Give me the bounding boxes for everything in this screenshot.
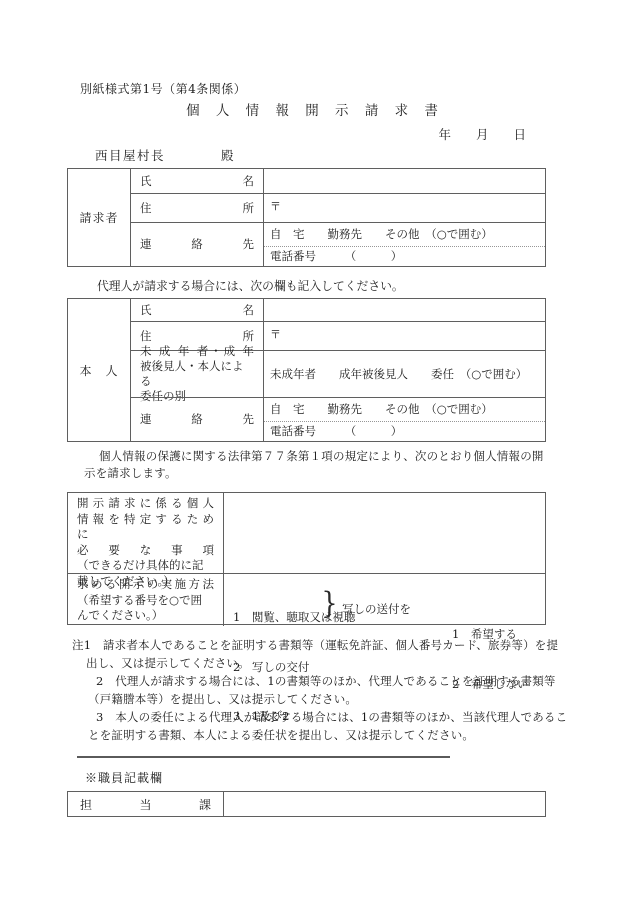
address-label: 住 所 (131, 194, 264, 222)
staff-section-label: ※職員記載欄 (85, 769, 163, 786)
date-field: 年 月 日 (438, 125, 526, 143)
postal-mark: 〒 (270, 324, 281, 342)
request-statement-line1: 個人情報の保護に関する法律第７７条第１項の規定により、次のとおり個人情報の開 (99, 448, 544, 464)
requester-name-field (264, 169, 545, 193)
contact-label: 連 絡 先 (131, 223, 264, 266)
principal-table: 本 人 氏 名 住 所 〒 未 成 年 者・成 年 被後見人・本人による 委任の… (67, 298, 546, 442)
name-label: 氏 名 (131, 169, 264, 193)
method-label-line: （希望する番号を○で囲 (77, 593, 214, 609)
form-number: 別紙様式第1号（第4条関係） (80, 80, 246, 97)
contact-options: 自 宅 勤務先 その他 （○で囲む） (264, 398, 545, 422)
method-label: 求める開示の実施方法 （希望する番号を○で囲 んでください。） (68, 574, 224, 626)
table-row: 担 当 課 (68, 792, 545, 816)
requester-table-header: 請求者 (68, 169, 131, 266)
phone-number-line: 電話番号 （ ） (264, 422, 545, 441)
disclosure-request-form-page: 別紙様式第1号（第4条関係） 個 人 情 報 開 示 請 求 書 年 月 日 西… (0, 0, 630, 903)
addressee-honorific: 殿 (221, 146, 235, 164)
table-row: 住 所 〒 (131, 193, 545, 222)
specify-info-field (224, 493, 545, 573)
table-row: 開 示 請 求 に 係 る 個 人 情 報 を 特 定 す る た め に 必 … (68, 493, 545, 573)
capacity-label-line: 被後見人・本人による (140, 359, 254, 389)
table-row: 氏 名 (131, 169, 545, 193)
principal-contact-field: 自 宅 勤務先 その他 （○で囲む） 電話番号 （ ） (264, 398, 545, 441)
contact-label: 連 絡 先 (131, 398, 264, 441)
addressee-line: 西目屋村長 殿 (95, 146, 235, 164)
specify-info-label-line: （できるだけ具体的に記 (77, 558, 214, 574)
principal-address-field: 〒 (264, 322, 545, 350)
principal-name-field (264, 299, 545, 321)
postal-mark: 〒 (270, 196, 281, 214)
specify-info-label: 開 示 請 求 に 係 る 個 人 情 報 を 特 定 す る た め に 必 … (68, 493, 224, 573)
requester-contact-field: 自 宅 勤務先 その他 （○で囲む） 電話番号 （ ） (264, 223, 545, 266)
request-details-table: 開 示 請 求 に 係 る 個 人 情 報 を 特 定 す る た め に 必 … (67, 492, 546, 625)
page-title: 個 人 情 報 開 示 請 求 書 (0, 99, 630, 119)
table-row: 求める開示の実施方法 （希望する番号を○で囲 んでください。） 1 閲覧、聴取又… (68, 573, 545, 626)
note-2-line-1: 2 代理人が請求する場合には、1の書類等のほか、代理人であることを証明する書類等 (96, 673, 556, 689)
staff-table: 担 当 課 (67, 791, 546, 817)
request-statement-line2: 示を請求します。 (84, 465, 177, 481)
dept-field (224, 792, 545, 816)
name-label: 氏 名 (131, 299, 264, 321)
table-row: 未 成 年 者・成 年 被後見人・本人による 委任の別 未成年者 成年被後見人 … (131, 350, 545, 397)
requester-table: 請求者 氏 名 住 所 〒 連 絡 先 自 宅 勤務先 その他 （○で囲む） 電… (67, 168, 546, 267)
method-options-cell: 1 閲覧、聴取又は視聴 2 写しの交付 3 1及び2 } 写しの送付を 1 希望… (224, 574, 545, 626)
requester-address-field: 〒 (264, 194, 545, 222)
note-3-line-1: 3 本人の委任による代理人が請求する場合には、1の書類等のほか、当該代理人である… (96, 709, 567, 725)
note-1-line-1: 注1 請求者本人であることを証明する書類等（運転免許証、個人番号カード、旅券等）… (72, 637, 558, 653)
copy-send-label: 写しの送付を (342, 601, 411, 617)
note-2-line-2: （戸籍謄本等）を提出し、又は提示してください。 (88, 691, 357, 707)
note-3-line-2: とを証明する書類、本人による委任状を提出し、又は提示してください。 (88, 727, 474, 743)
note-1-line-2: 出し、又は提示してください。 (86, 655, 250, 671)
addressee-name: 西目屋村長 (95, 146, 165, 164)
table-row: 連 絡 先 自 宅 勤務先 その他 （○で囲む） 電話番号 （ ） (131, 397, 545, 441)
contact-options: 自 宅 勤務先 その他 （○で囲む） (264, 223, 545, 247)
copy-send-options: 1 希望する 2 希望しない (452, 593, 528, 725)
brace-glyph: } (321, 587, 337, 621)
specify-info-label-line: 情 報 を 特 定 す る た め に (77, 512, 214, 543)
table-row: 氏 名 (131, 299, 545, 321)
capacity-label: 未 成 年 者・成 年 被後見人・本人による 委任の別 (131, 351, 264, 397)
specify-info-label-line: 必 要 な 事 項 (77, 543, 214, 559)
principal-table-header: 本 人 (68, 299, 131, 441)
dept-label: 担 当 課 (68, 792, 224, 816)
specify-info-label-line: 開 示 請 求 に 係 る 個 人 (77, 496, 214, 512)
method-label-line: 求める開示の実施方法 (77, 577, 214, 593)
phone-number-line: 電話番号 （ ） (264, 247, 545, 266)
separator-line (77, 756, 450, 758)
table-row: 連 絡 先 自 宅 勤務先 その他 （○で囲む） 電話番号 （ ） (131, 222, 545, 266)
capacity-options: 未成年者 成年被後見人 委任 （○で囲む） (264, 351, 545, 397)
capacity-label-line: 未 成 年 者・成 年 (140, 344, 254, 359)
method-label-line: んでください。） (77, 608, 214, 624)
agent-instruction: 代理人が請求する場合には、次の欄も記入してください。 (97, 277, 404, 294)
